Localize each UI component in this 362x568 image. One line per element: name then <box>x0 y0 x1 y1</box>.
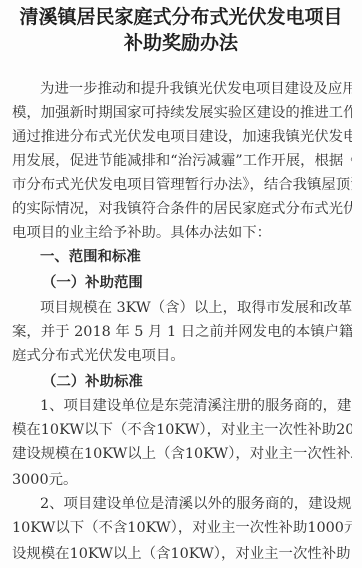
intro-line: 模，加强新时期国家可持续发展实验区建设的推进工作， <box>12 104 352 122</box>
paragraph-line: 案，并于 2018 年 5 月 1 日之前并网发电的本镇户籍居民家 <box>12 323 352 341</box>
document-page: 清溪镇居民家庭式分布式光伏发电项目 补助奖励办法 为进一步推动和提升我镇光伏发电… <box>0 0 362 568</box>
intro-line: 用发展，促进节能减排和“治污减霾”工作开展，根据《东莞 <box>12 152 352 170</box>
intro-line: 通过推进分布式光伏发电项目建设，加速我镇光伏发电应 <box>12 128 352 146</box>
paragraph-line: 模在10KW以下（不含10KW），对业主一次性补助2000元 <box>12 421 352 439</box>
paragraph-line: 项目规模在 3KW（含）以上，取得市发展和改革局备 <box>40 299 352 317</box>
subsection-heading: （一）补助范围 <box>42 274 362 292</box>
paragraph-line: 1、项目建设单位是东莞清溪注册的服务商的，建设规 <box>40 397 352 415</box>
paragraph-line: 3000元。 <box>12 471 352 489</box>
subsection-heading: （二）补助标准 <box>42 373 362 391</box>
document-title-line-1: 清溪镇居民家庭式分布式光伏发电项目 <box>0 2 362 29</box>
intro-line: 的实际情况，对我镇符合条件的居民家庭式分布式光伏发 <box>12 200 352 218</box>
paragraph-line: 10KW以下（不含10KW），对业主一次性补助1000元；建 <box>12 519 352 537</box>
document-title-line-2: 补助奖励办法 <box>0 28 362 55</box>
section-heading: 一、范围和标准 <box>40 248 362 266</box>
intro-line: 市分布式光伏发电项目管理暂行办法》，结合我镇屋顶资源 <box>12 176 352 194</box>
intro-line: 电项目的业主给予补助。具体办法如下： <box>12 224 352 242</box>
paragraph-line: 建设规模在10KW以上（含10KW），对业主一次性补助 <box>12 445 352 463</box>
paragraph-line: 庭式分布式光伏发电项目。 <box>12 347 352 365</box>
paragraph-line: 设规模在10KW以上（含10KW），对业主一次性补助1500 <box>12 545 352 563</box>
paragraph-line: 2、项目建设单位是清溪以外的服务商的，建设规模在 <box>40 495 352 513</box>
intro-line: 为进一步推动和提升我镇光伏发电项目建设及应用规 <box>40 80 352 98</box>
